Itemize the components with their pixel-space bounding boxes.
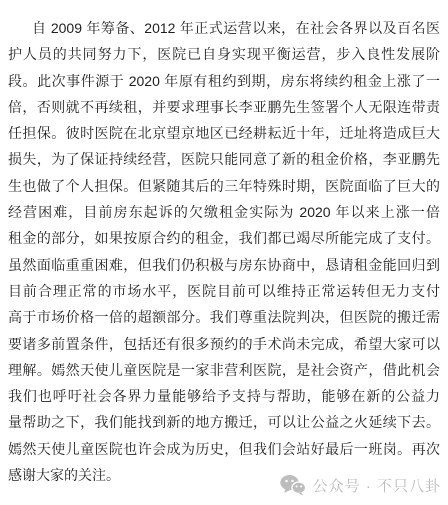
text-line: 生也做了个人担保。但紧随其后的三年特殊时期，医院面临了巨大的: [8, 173, 440, 199]
text-line: 护人员的共同努力下，医院已自身实现平衡运营，步入良性发展阶: [8, 41, 440, 67]
text-line: 嫣然天使儿童医院也许会成为历史，但我们会站好最后一班岗。再次: [8, 436, 440, 462]
text-line: 损失，为了保证持续经营，医院只能同意了新的租金价格，李亚鹏先: [8, 146, 440, 172]
text-line: 段。此次事件源于 2020 年原有租约到期，房东将续约租金上涨了一: [8, 68, 440, 94]
text-line: 要诸多前置条件，包括还有很多预约的手术尚未完成，希望大家可以: [8, 331, 440, 357]
text-line: 目前合理正常的市场水平，医院目前可以维持正常运转但无力支付: [8, 278, 440, 304]
text-line: 量帮助之下，我们能找到新的地方搬迁，可以让公益之火延续下去。: [8, 409, 440, 435]
text-line: 高于市场价格一倍的超额部分。我们尊重法院判决，但医院的搬迁需: [8, 304, 440, 330]
text-line: 虽然面临重重困难，但我们仍积极与房东协商中，恳请租金能回归到: [8, 252, 440, 278]
statement-screenshot: { "page": { "background_color": "#ffffff…: [0, 0, 448, 505]
text-line: 租金的部分，如果按原合约的租金，我们都已竭尽所能完成了支付。: [8, 225, 440, 251]
watermark-label: 公众号 · 不只八卦: [313, 475, 441, 496]
text-line: 任担保。彼时医院在北京望京地区已经耕耘近十年，迁址将造成巨大: [8, 120, 440, 146]
statement-text: 自 2009 年筹备、2012 年正式运营以来，在社会各界以及百名医 护人员的共…: [8, 15, 440, 488]
text-line: 我们也呼吁社会各界力量能够给予支持与帮助，能够在新的公益力: [8, 383, 440, 409]
text-line: 倍，否则就不再续租，并要求理事长李亚鹏先生签署个人无限连带责: [8, 94, 440, 120]
wechat-icon: [280, 474, 306, 496]
watermark: 公众号 · 不只八卦: [280, 474, 441, 496]
text-line: 自 2009 年筹备、2012 年正式运营以来，在社会各界以及百名医: [8, 15, 440, 41]
text-line: 理解。嫣然天使儿童医院是一家非营利医院，是社会资产，借此机会: [8, 357, 440, 383]
text-line: 经营困难，目前房东起诉的欠缴租金实际为 2020 年以来上涨一倍: [8, 199, 440, 225]
